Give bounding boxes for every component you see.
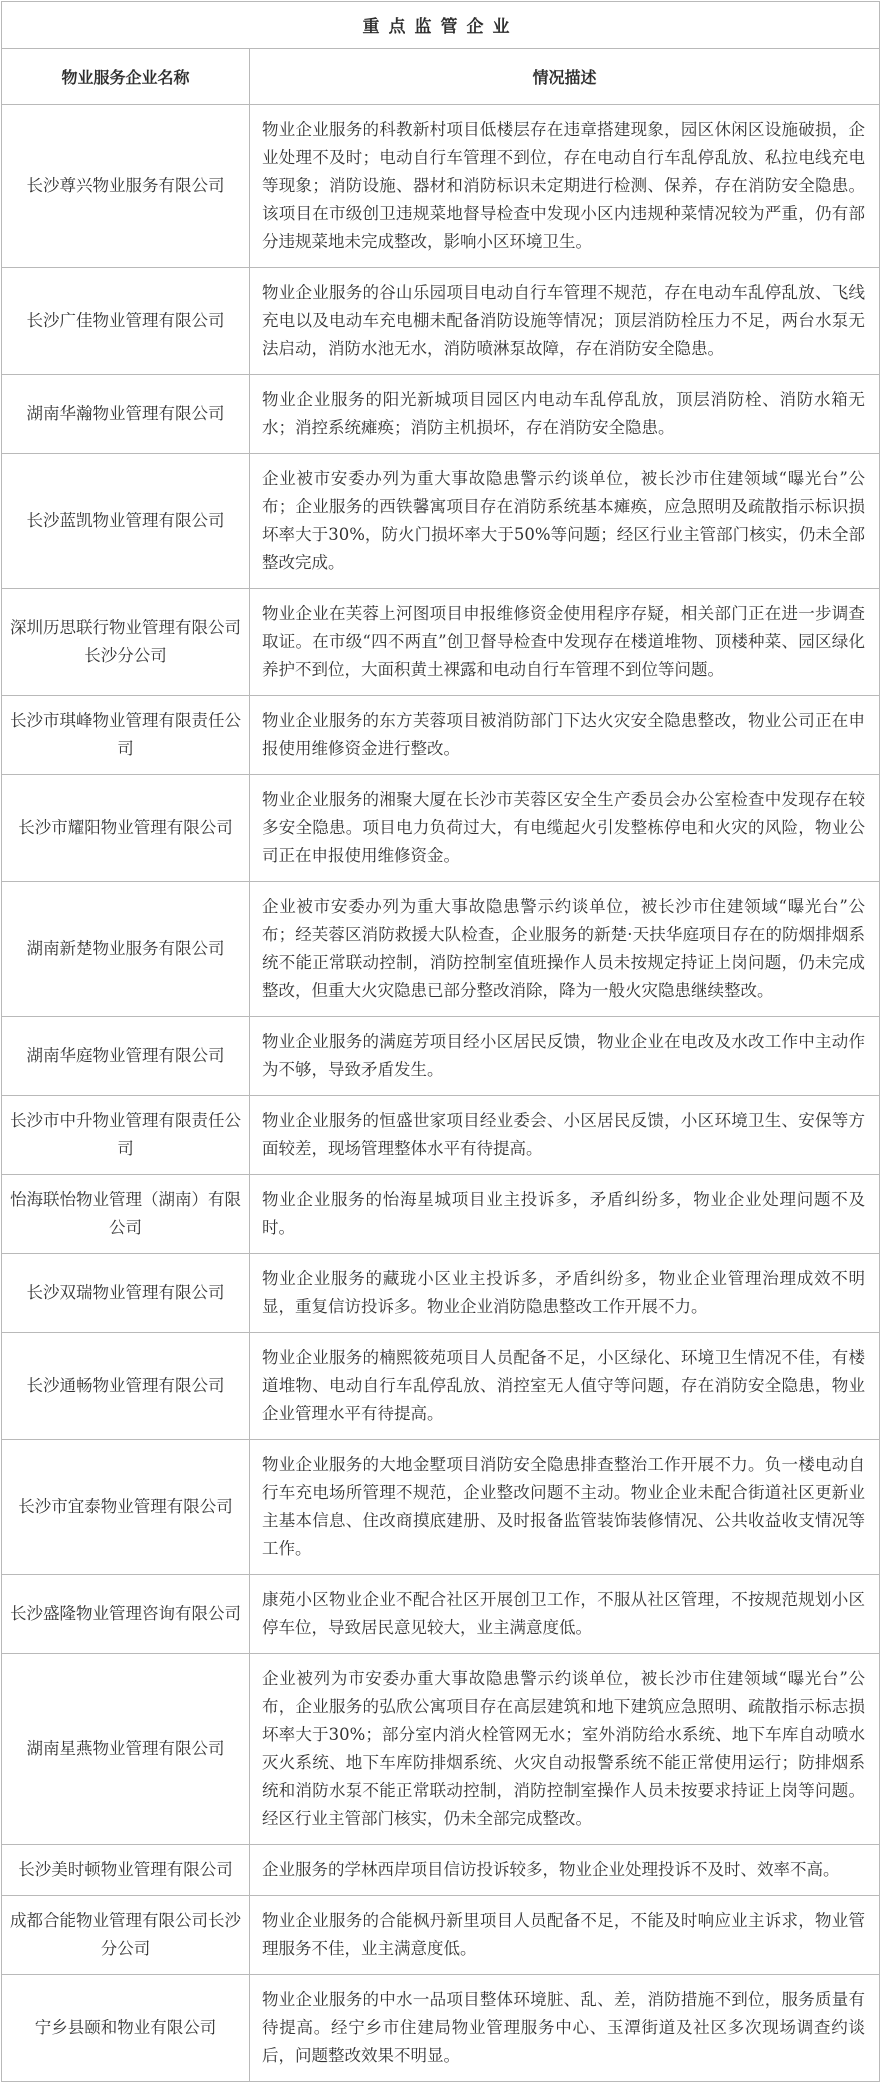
header-row: 物业服务企业名称 情况描述 [2, 49, 880, 105]
situation-description: 物业企业服务的恒盛世家项目经业委会、小区居民反馈，小区环境卫生、安保等方面较差，… [250, 1096, 880, 1175]
situation-description: 物业企业服务的阳光新城项目园区内电动车乱停乱放，顶层消防栓、消防水箱无水；消控系… [250, 375, 880, 454]
company-name: 湖南华庭物业管理有限公司 [2, 1017, 250, 1096]
table-row: 怡海联怡物业管理（湖南）有限公司 物业企业服务的怡海星城项目业主投诉多，矛盾纠纷… [2, 1175, 880, 1254]
company-name: 湖南华瀚物业管理有限公司 [2, 375, 250, 454]
table-row: 长沙美时顿物业管理有限公司 企业服务的学林西岸项目信访投诉较多，物业企业处理投诉… [2, 1845, 880, 1896]
table-row: 深圳历思联行物业管理有限公司长沙分公司 物业企业在芙蓉上河图项目申报维修资金使用… [2, 589, 880, 696]
column-header-description: 情况描述 [250, 49, 880, 105]
page-title: 重点监管企业 [2, 2, 880, 49]
company-name: 长沙尊兴物业服务有限公司 [2, 105, 250, 268]
situation-description: 物业企业服务的科教新村项目低楼层存在违章搭建现象，园区休闲区设施破损，企业处理不… [250, 105, 880, 268]
situation-description: 物业企业服务的楠熙筱苑项目人员配备不足，小区绿化、环境卫生情况不佳，有楼道堆物、… [250, 1333, 880, 1440]
document-page: 重点监管企业 物业服务企业名称 情况描述 长沙尊兴物业服务有限公司 物业企业服务… [0, 0, 880, 2083]
table-row: 长沙市琪峰物业管理有限责任公司 物业企业服务的东方芙蓉项目被消防部门下达火灾安全… [2, 696, 880, 775]
table-row: 宁乡县颐和物业有限公司 物业企业服务的中水一品项目整体环境脏、乱、差，消防措施不… [2, 1975, 880, 2082]
table-row: 长沙尊兴物业服务有限公司 物业企业服务的科教新村项目低楼层存在违章搭建现象，园区… [2, 105, 880, 268]
table-row: 长沙市中升物业管理有限责任公司 物业企业服务的恒盛世家项目经业委会、小区居民反馈… [2, 1096, 880, 1175]
table-row: 长沙广佳物业管理有限公司 物业企业服务的谷山乐园项目电动自行车管理不规范，存在电… [2, 268, 880, 375]
situation-description: 物业企业在芙蓉上河图项目申报维修资金使用程序存疑，相关部门正在进一步调查取证。在… [250, 589, 880, 696]
situation-description: 物业企业服务的合能枫丹新里项目人员配备不足，不能及时响应业主诉求，物业管理服务不… [250, 1896, 880, 1975]
company-name: 深圳历思联行物业管理有限公司长沙分公司 [2, 589, 250, 696]
company-name: 长沙双瑞物业管理有限公司 [2, 1254, 250, 1333]
company-name: 长沙盛隆物业管理咨询有限公司 [2, 1575, 250, 1654]
situation-description: 物业企业服务的大地金墅项目消防安全隐患排查整治工作开展不力。负一楼电动自行车充电… [250, 1440, 880, 1575]
situation-description: 物业企业服务的东方芙蓉项目被消防部门下达火灾安全隐患整改，物业公司正在申报使用维… [250, 696, 880, 775]
situation-description: 物业企业服务的满庭芳项目经小区居民反馈，物业企业在电改及水改工作中主动作为不够，… [250, 1017, 880, 1096]
table-row: 长沙市宜泰物业管理有限公司 物业企业服务的大地金墅项目消防安全隐患排查整治工作开… [2, 1440, 880, 1575]
table-row: 湖南华庭物业管理有限公司 物业企业服务的满庭芳项目经小区居民反馈，物业企业在电改… [2, 1017, 880, 1096]
supervision-table: 重点监管企业 物业服务企业名称 情况描述 长沙尊兴物业服务有限公司 物业企业服务… [1, 1, 880, 2082]
column-header-company-name: 物业服务企业名称 [2, 49, 250, 105]
table-row: 湖南星燕物业管理有限公司 企业被列为市安委办重大事故隐患警示约谈单位，被长沙市住… [2, 1654, 880, 1845]
company-name: 湖南新楚物业服务有限公司 [2, 882, 250, 1017]
table-row: 长沙双瑞物业管理有限公司 物业企业服务的藏珑小区业主投诉多，矛盾纠纷多，物业企业… [2, 1254, 880, 1333]
table-row: 长沙蓝凯物业管理有限公司 企业被市安委办列为重大事故隐患警示约谈单位，被长沙市住… [2, 454, 880, 589]
company-name: 长沙蓝凯物业管理有限公司 [2, 454, 250, 589]
company-name: 宁乡县颐和物业有限公司 [2, 1975, 250, 2082]
title-row: 重点监管企业 [2, 2, 880, 49]
situation-description: 物业企业服务的中水一品项目整体环境脏、乱、差，消防措施不到位，服务质量有待提高。… [250, 1975, 880, 2082]
company-name: 成都合能物业管理有限公司长沙分公司 [2, 1896, 250, 1975]
situation-description: 康苑小区物业企业不配合社区开展创卫工作，不服从社区管理，不按规范规划小区停车位，… [250, 1575, 880, 1654]
table-row: 长沙通畅物业管理有限公司 物业企业服务的楠熙筱苑项目人员配备不足，小区绿化、环境… [2, 1333, 880, 1440]
company-name: 长沙美时顿物业管理有限公司 [2, 1845, 250, 1896]
situation-description: 企业被列为市安委办重大事故隐患警示约谈单位，被长沙市住建领域“曝光台”公布，企业… [250, 1654, 880, 1845]
company-name: 长沙市中升物业管理有限责任公司 [2, 1096, 250, 1175]
company-name: 湖南星燕物业管理有限公司 [2, 1654, 250, 1845]
situation-description: 企业服务的学林西岸项目信访投诉较多，物业企业处理投诉不及时、效率不高。 [250, 1845, 880, 1896]
situation-description: 企业被市安委办列为重大事故隐患警示约谈单位，被长沙市住建领域“曝光台”公布；经芙… [250, 882, 880, 1017]
table-row: 湖南华瀚物业管理有限公司 物业企业服务的阳光新城项目园区内电动车乱停乱放，顶层消… [2, 375, 880, 454]
company-name: 长沙广佳物业管理有限公司 [2, 268, 250, 375]
table-row: 长沙市耀阳物业管理有限公司 物业企业服务的湘聚大厦在长沙市芙蓉区安全生产委员会办… [2, 775, 880, 882]
company-name: 长沙市耀阳物业管理有限公司 [2, 775, 250, 882]
situation-description: 物业企业服务的谷山乐园项目电动自行车管理不规范，存在电动车乱停乱放、飞线充电以及… [250, 268, 880, 375]
company-name: 长沙市宜泰物业管理有限公司 [2, 1440, 250, 1575]
company-name: 长沙通畅物业管理有限公司 [2, 1333, 250, 1440]
situation-description: 企业被市安委办列为重大事故隐患警示约谈单位，被长沙市住建领域“曝光台”公布；企业… [250, 454, 880, 589]
table-row: 成都合能物业管理有限公司长沙分公司 物业企业服务的合能枫丹新里项目人员配备不足，… [2, 1896, 880, 1975]
situation-description: 物业企业服务的怡海星城项目业主投诉多，矛盾纠纷多，物业企业处理问题不及时。 [250, 1175, 880, 1254]
company-name: 怡海联怡物业管理（湖南）有限公司 [2, 1175, 250, 1254]
situation-description: 物业企业服务的藏珑小区业主投诉多，矛盾纠纷多，物业企业管理治理成效不明显，重复信… [250, 1254, 880, 1333]
company-name: 长沙市琪峰物业管理有限责任公司 [2, 696, 250, 775]
table-row: 湖南新楚物业服务有限公司 企业被市安委办列为重大事故隐患警示约谈单位，被长沙市住… [2, 882, 880, 1017]
situation-description: 物业企业服务的湘聚大厦在长沙市芙蓉区安全生产委员会办公室检查中发现存在较多安全隐… [250, 775, 880, 882]
table-row: 长沙盛隆物业管理咨询有限公司 康苑小区物业企业不配合社区开展创卫工作，不服从社区… [2, 1575, 880, 1654]
